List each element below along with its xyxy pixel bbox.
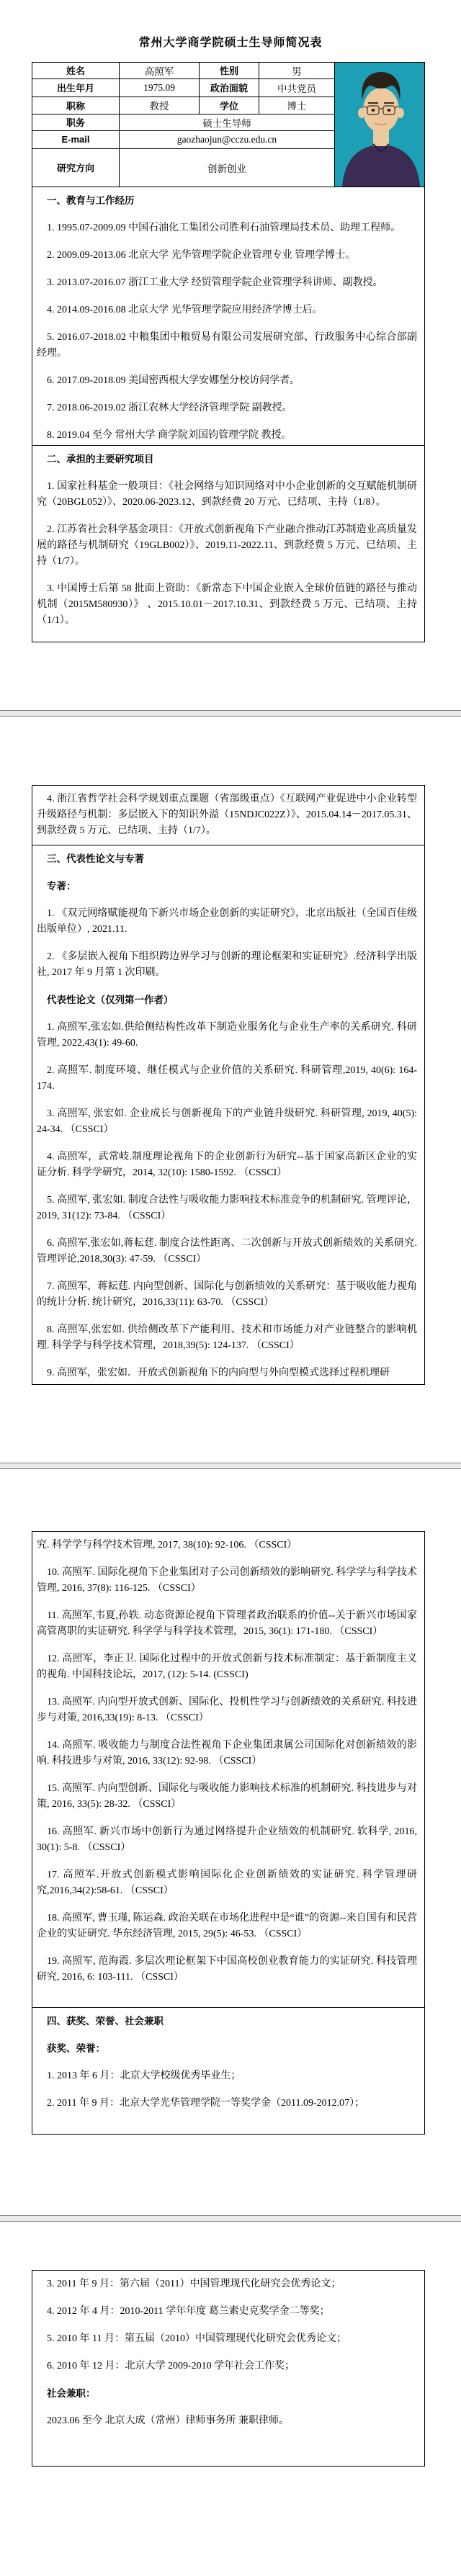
paragraph: 2023.06 至今 北京大成（常州）律师事务所 兼职律师。	[37, 2413, 417, 2429]
professional-title-label: 职称	[32, 97, 120, 114]
gender-value: 男	[259, 63, 335, 78]
document-canvas: 常州大学商学院硕士生导师简况表 姓名 高照军 性别 男	[0, 0, 461, 2576]
paragraph: 6. 高照军,张宏如,蒋耘莛. 制度合法性距离、二次创新与开放式创新绩效的关系研…	[37, 1236, 417, 1267]
page-break-divider-3	[0, 2215, 461, 2222]
paragraph: 1. 1995.07-2009.09 中国石油化工集团公司胜利石油管理局技术员、…	[37, 220, 417, 236]
paragraph: 8. 2019.04 至今 常州大学 商学院刘国钧管理学院 教授。	[37, 428, 417, 444]
political-value: 中共党员	[259, 78, 335, 97]
section-awards-honors-continued: 3. 2011 年 9 月：第六届（2011）中国管理现代化研究会优秀论文；4.…	[32, 2271, 424, 2466]
paragraph: 11. 高照军,韦夏,孙轶. 动态资源论视角下管理者政治联系的价值--关于新兴市…	[37, 1608, 417, 1640]
paragraph: 4. 浙江省哲学社会科学规划重点课题（省部级重点）《互联网产业促进中小企业转型升…	[37, 791, 417, 839]
position-value: 硕士生导师	[120, 114, 335, 130]
doc-title: 常州大学商学院硕士生导师简况表	[0, 33, 461, 50]
paragraph: 3. 2011 年 9 月：第六届（2011）中国管理现代化研究会优秀论文；	[37, 2276, 417, 2292]
name-label: 姓名	[32, 63, 120, 78]
paragraph: 10. 高照军. 国际化视角下企业集团对子公司创新绩效的影响研究. 科学学与科学…	[37, 1565, 417, 1597]
email-value: gaozhaojun@cczu.edu.cn	[120, 130, 335, 148]
degree-label: 学位	[200, 97, 259, 114]
section-heading: 专著：	[37, 879, 417, 894]
section-education-experience: 一、教育与工作经历1. 1995.07-2009.09 中国石油化工集团公司胜利…	[32, 187, 424, 445]
research-direction-value: 创新创业	[120, 148, 335, 187]
email-label: E-mail	[32, 130, 120, 148]
political-label: 政治面貌	[200, 78, 259, 97]
paragraph: 14. 高照军. 吸收能力与制度合法性视角下企业集团隶属公司国际化对创新绩效的影…	[37, 1738, 417, 1769]
paragraph: 6. 2010 年 12 月：北京大学 2009-2010 学年社会工作奖；	[37, 2359, 417, 2374]
paragraph: 2. 2011 年 9 月：北京大学光华管理学院一等奖学金（2011.09-20…	[37, 2096, 417, 2111]
professional-title-value: 教授	[120, 97, 200, 114]
birth-label: 出生年月	[32, 78, 120, 97]
name-value: 高照军	[120, 63, 200, 78]
section-heading: 获奖、荣誉：	[37, 2041, 417, 2057]
paragraph: 1. 2013 年 6 月：北京大学校级优秀毕业生；	[37, 2068, 417, 2084]
paragraph: 2. 2009.09-2013.06 北京大学 光华管理学院企业管理专业 管理学…	[37, 248, 417, 264]
paragraph: 究. 科学学与科学技术管理, 2017, 38(10): 92-106. （CS…	[37, 1538, 417, 1553]
profile-photo-illustration	[335, 63, 425, 187]
info-table: 姓名 高照军 性别 男	[32, 63, 425, 187]
section-heading: 代表性论文（仅列第一作者）	[37, 992, 417, 1008]
paragraph: 17. 高照军.开放式创新模式影响国际化企业创新绩效的实证研究. 科学管理研究,…	[37, 1867, 417, 1899]
paragraph: 2. 《多层嵌入视角下组织跨边界学习与创新的理论框架和实证研究》.经济科学出版社…	[37, 949, 417, 981]
paragraph: 5. 2010 年 11 月：第五届（2010）中国管理现代化研究会优秀论文；	[37, 2331, 417, 2347]
degree-value: 博士	[259, 97, 335, 114]
page-3: 究. 科学学与科学技术管理, 2017, 38(10): 92-106. （CS…	[32, 1531, 425, 2135]
position-label: 职务	[32, 114, 120, 130]
paragraph: 6. 2017.09-2018.09 美国密西根大学安娜堡分校访问学者。	[37, 373, 417, 389]
section-awards-honors: 四、获奖、荣誉、社会兼职获奖、荣誉：1. 2013 年 6 月：北京大学校级优秀…	[32, 2007, 424, 2134]
paragraph: 3. 高照军, 张宏如. 企业成长与创新视角下的产业链升级研究. 科研管理, 2…	[37, 1106, 417, 1138]
paragraph: 4. 2012 年 4 月：2010-2011 学年年度 葛兰素史克奖学金二等奖…	[37, 2304, 417, 2320]
paragraph: 5. 高照军, 张宏如. 制度合法性与吸收能力影响技术标准竞争的机制研究. 管理…	[37, 1193, 417, 1224]
section-publications-continued: 究. 科学学与科学技术管理, 2017, 38(10): 92-106. （CS…	[32, 1532, 424, 2007]
paragraph: 19. 高照军, 范海霞. 多层次理论框架下中国高校创业教育能力的实证研究. 科…	[37, 1954, 417, 1985]
section-heading: 一、教育与工作经历	[37, 193, 417, 209]
paragraph: 15. 高照军. 内向型创新、国际化与吸收能力影响技术标准的机制研究. 科技进步…	[37, 1781, 417, 1813]
paragraph: 7. 高照军，蒋耘莛. 内向型创新、国际化与创新绩效的关系研究：基于吸收能力视角…	[37, 1279, 417, 1311]
paragraph: 3. 2013.07-2016.07 浙江工业大学 经贸管理学院企业管理学科讲师…	[37, 275, 417, 291]
section-heading: 社会兼职：	[37, 2386, 417, 2402]
paragraph: 4. 2014.09-2016.08 北京大学 光华管理学院应用经济学博士后。	[37, 302, 417, 318]
gender-label: 性别	[200, 63, 259, 78]
birth-value: 1975.09	[120, 78, 200, 97]
paragraph: 3. 中国博士后第 58 批面上资助：《新常态下中国企业嵌入全球价值链的路径与推…	[37, 581, 417, 629]
section-heading: 二、承担的主要研究项目	[37, 452, 417, 467]
paragraph: 1. 《双元网络赋能视角下新兴市场企业创新的实证研究》，北京出版社（全国百佳级出…	[37, 906, 417, 938]
section-publications: 三、代表性论文与专著专著：1. 《双元网络赋能视角下新兴市场企业创新的实证研究》…	[32, 845, 424, 1384]
section-research-projects: 二、承担的主要研究项目1. 国家社科基金一般项目：《社会网络与知识网络对中小企业…	[32, 445, 424, 642]
paragraph: 4. 高照军，武常岐.制度理论视角下的企业创新行为研究--基于国家高新区企业的实…	[37, 1149, 417, 1181]
research-direction-label: 研究方向	[32, 148, 120, 187]
profile-photo	[335, 63, 426, 187]
paragraph: 16. 高照军. 新兴市场中创新行为通过网络提升企业绩效的机制研究. 软科学, …	[37, 1824, 417, 1856]
page-break-divider-2	[0, 1463, 461, 1469]
section-heading: 四、获奖、荣誉、社会兼职	[37, 2014, 417, 2029]
paragraph: 18. 高照军, 曹玉瑾, 陈运森. 政治关联在市场化进程中是“谁”的资源--来…	[37, 1911, 417, 1942]
paragraph: 1. 高照军,张宏如.供给侧结构性改革下制造业服务化与企业生产率的关系研究. 科…	[37, 1020, 417, 1051]
paragraph: 12. 高照军，李正卫. 国际化过程中的开放式创新与技术标准制定：基于新制度主义…	[37, 1651, 417, 1683]
section-heading: 三、代表性论文与专著	[37, 851, 417, 867]
paragraph: 2. 江苏省社会科学基金项目：《开放式创新视角下产业融合推动江苏制造业高质量发展…	[37, 522, 417, 570]
paragraph: 2. 高照军. 制度环境、继任模式与企业价值的关系研究. 科研管理,2019, …	[37, 1063, 417, 1095]
page-2: 4. 浙江省哲学社会科学规划重点课题（省部级重点）《互联网产业促进中小企业转型升…	[32, 785, 425, 1385]
page-4: 3. 2011 年 9 月：第六届（2011）中国管理现代化研究会优秀论文；4.…	[32, 2270, 425, 2467]
paragraph: 5. 2016.07-2018.02 中粮集团中粮贸易有限公司发展研究部、行政服…	[37, 330, 417, 362]
paragraph: 9. 高照军，张宏如．开放式创新视角下的内向型与外向型模式选择过程机理研	[37, 1365, 417, 1381]
paragraph: 13. 高照军. 内向型开放式创新、国际化、投机性学习与创新绩效的关系研究. 科…	[37, 1695, 417, 1726]
section-research-projects-continued: 4. 浙江省哲学社会科学规划重点课题（省部级重点）《互联网产业促进中小企业转型升…	[32, 786, 424, 845]
paragraph: 1. 国家社科基金一般项目：《社会网络与知识网络对中小企业创新的交互赋能机制研究…	[37, 479, 417, 511]
paragraph: 8. 高照军,张宏如. 供给侧改革下产能利用、技术和市场能力对产业链整合的影响机…	[37, 1322, 417, 1354]
page-1: 姓名 高照军 性别 男	[32, 62, 425, 642]
paragraph: 7. 2018.06-2019.02 浙江农林大学经济管理学院 副教授。	[37, 400, 417, 416]
page-break-divider-1	[0, 710, 461, 717]
